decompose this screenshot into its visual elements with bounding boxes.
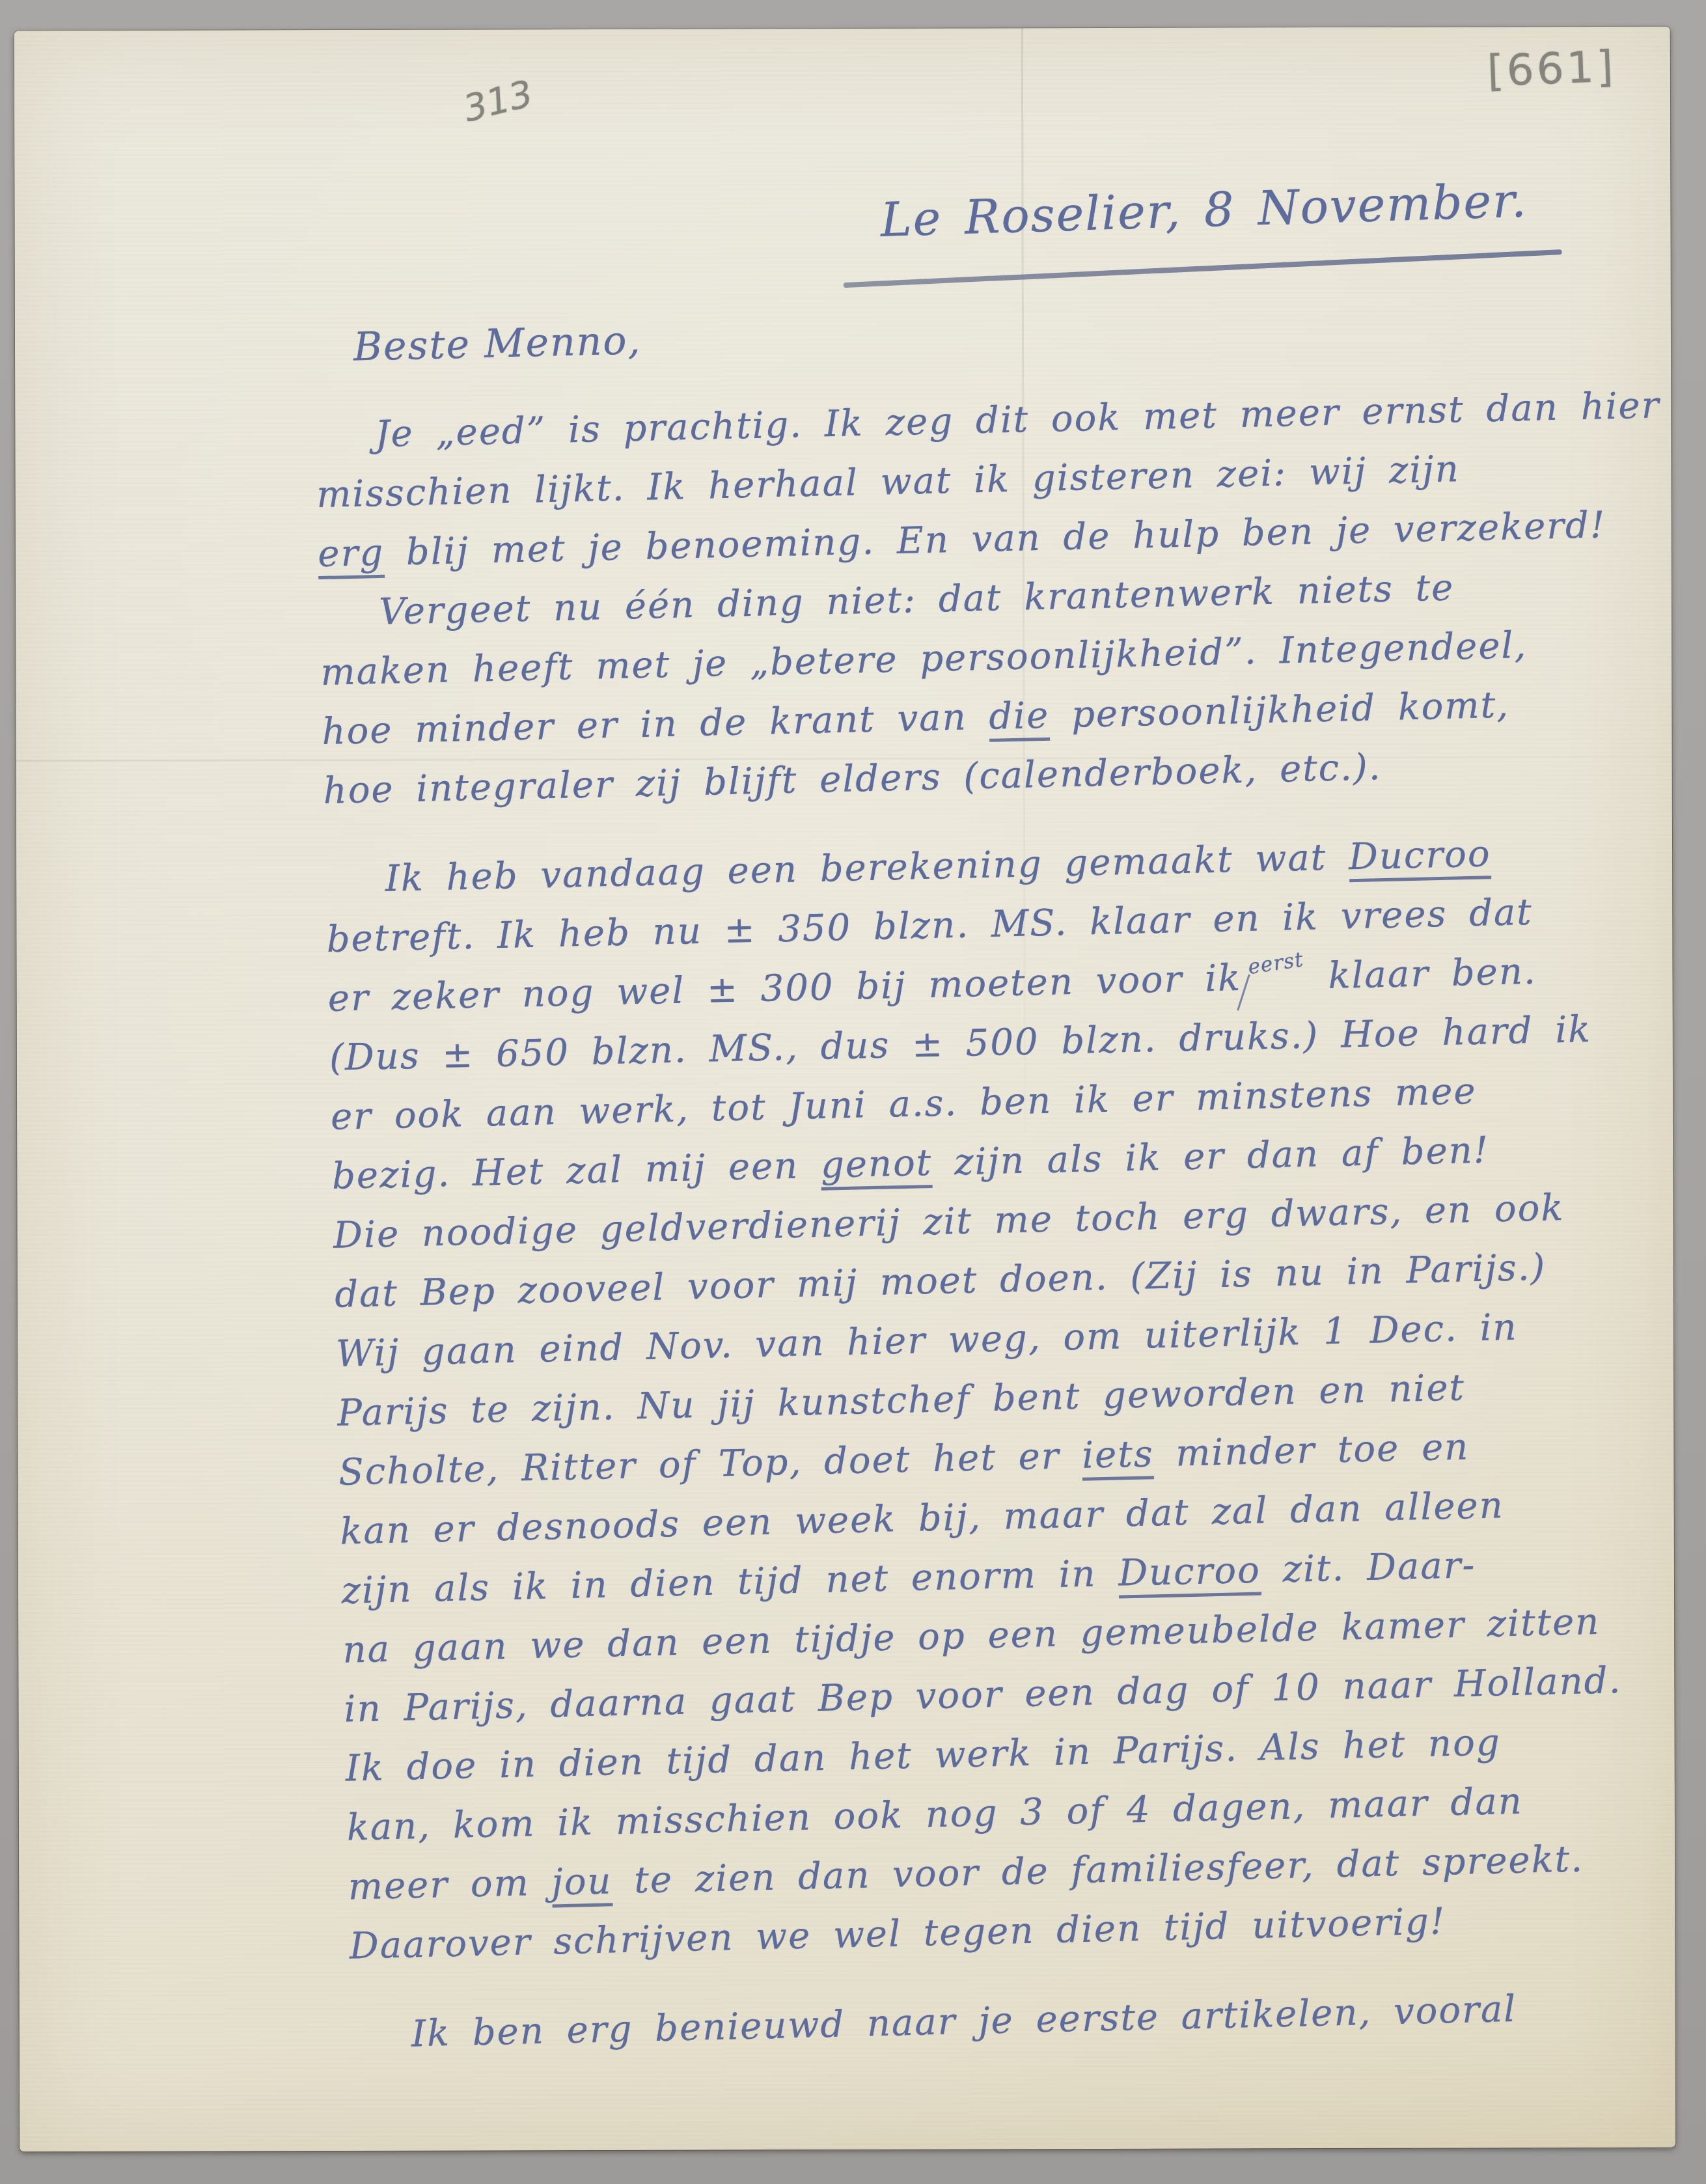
underlined-word: genot bbox=[820, 1142, 933, 1191]
letter-dateline: Le Roselier, 8 November. bbox=[879, 173, 1528, 247]
text-segment: bezig. Het zal mij een bbox=[331, 1144, 821, 1198]
dateline-underline bbox=[844, 249, 1562, 288]
text-segment: meer om bbox=[348, 1861, 552, 1908]
underlined-word: erg bbox=[318, 532, 385, 579]
text-segment: zit. Daar- bbox=[1260, 1544, 1476, 1591]
letter-page: 313 [661] Le Roselier, 8 November. Beste… bbox=[14, 27, 1676, 2152]
inserted-word: eerst bbox=[1248, 960, 1303, 967]
scan-background: 313 [661] Le Roselier, 8 November. Beste… bbox=[0, 0, 1706, 2184]
text-segment: hoe minder er in de krant van bbox=[322, 696, 989, 753]
place-date-text: Le Roselier, 8 November. bbox=[879, 173, 1528, 247]
text-segment: zijn als ik in dien tijd net enorm in bbox=[341, 1553, 1119, 1612]
underlined-word: Ducroo bbox=[1118, 1549, 1261, 1599]
text-segment: Scholte, Ritter of Top, doet het er bbox=[338, 1435, 1082, 1494]
underlined-word: jou bbox=[551, 1860, 613, 1907]
text-segment: zijn als ik er dan af ben! bbox=[931, 1129, 1489, 1183]
salutation: Beste Menno, bbox=[353, 318, 642, 370]
text-segment: minder toe en bbox=[1153, 1426, 1470, 1475]
underlined-word: Ducroo bbox=[1348, 833, 1491, 882]
text-segment: klaar ben. bbox=[1306, 950, 1537, 998]
letter-line: Ik ben erg benieuwd naar je eerste artik… bbox=[351, 1976, 1686, 2065]
underlined-word: iets bbox=[1082, 1433, 1155, 1480]
pencil-archive-number: [661] bbox=[1486, 41, 1616, 96]
pencil-page-number: 313 bbox=[460, 72, 538, 130]
text-segment: persoonlijkheid komt, bbox=[1049, 684, 1509, 737]
text-segment: Ik ben erg benieuwd naar je eerste artik… bbox=[411, 1988, 1517, 2056]
underlined-word: die bbox=[989, 695, 1050, 742]
letter-body: Je „eed” is prachtig. Ik zeg dit ook met… bbox=[314, 376, 1686, 2066]
